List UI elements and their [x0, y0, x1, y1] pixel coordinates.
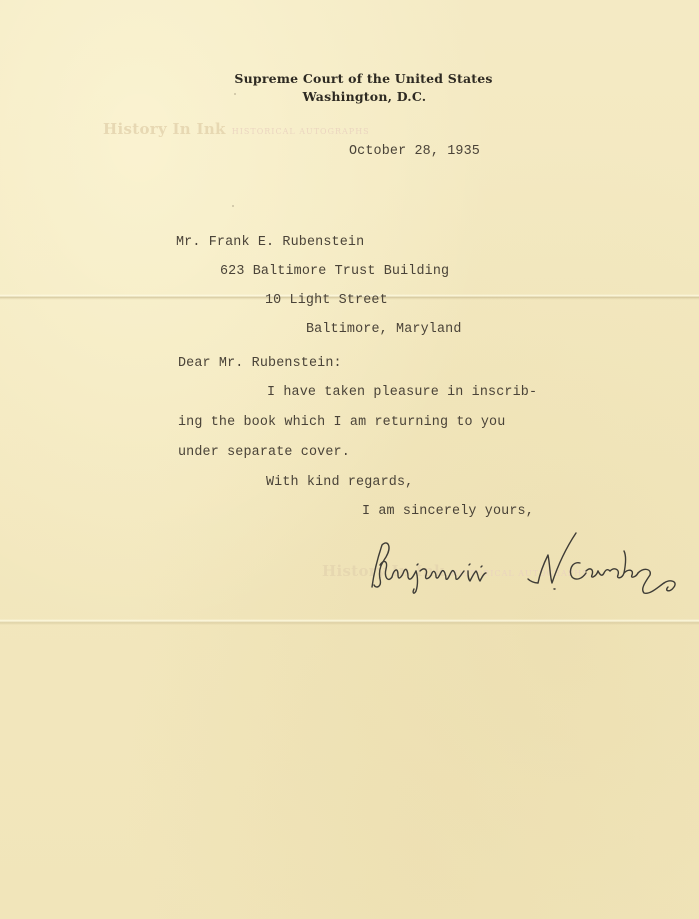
body-line-2: ing the book which I am returning to you	[178, 415, 505, 430]
closing-regards: With kind regards,	[266, 475, 413, 490]
salutation: Dear Mr. Rubenstein:	[178, 356, 342, 371]
letter-date: October 28, 1935	[349, 144, 480, 159]
letter-page: Supreme Court of the United States Washi…	[0, 0, 699, 919]
watermark-top: History In InkHISTORICAL AUTOGRAPHS	[103, 119, 370, 138]
handwritten-signature	[368, 527, 693, 607]
recipient-address-line-2: 10 Light Street	[265, 293, 388, 308]
watermark-sub-text: HISTORICAL AUTOGRAPHS	[232, 127, 370, 136]
fold-crease-lower	[0, 619, 699, 625]
signature-strokes-icon	[368, 527, 693, 607]
paper-speck	[234, 93, 236, 95]
closing-valediction: I am sincerely yours,	[362, 504, 534, 519]
paper-speck	[232, 205, 234, 207]
letterhead-city: Washington, D.C.	[0, 89, 699, 104]
watermark-main-text: History In Ink	[103, 120, 226, 138]
recipient-address-line-1: 623 Baltimore Trust Building	[220, 264, 449, 279]
letterhead-court-name: Supreme Court of the United States	[0, 71, 699, 86]
body-line-3: under separate cover.	[178, 445, 350, 460]
body-line-1: I have taken pleasure in inscrib-	[267, 385, 537, 400]
recipient-address-line-3: Baltimore, Maryland	[306, 322, 462, 337]
recipient-name: Mr. Frank E. Rubenstein	[176, 235, 364, 250]
